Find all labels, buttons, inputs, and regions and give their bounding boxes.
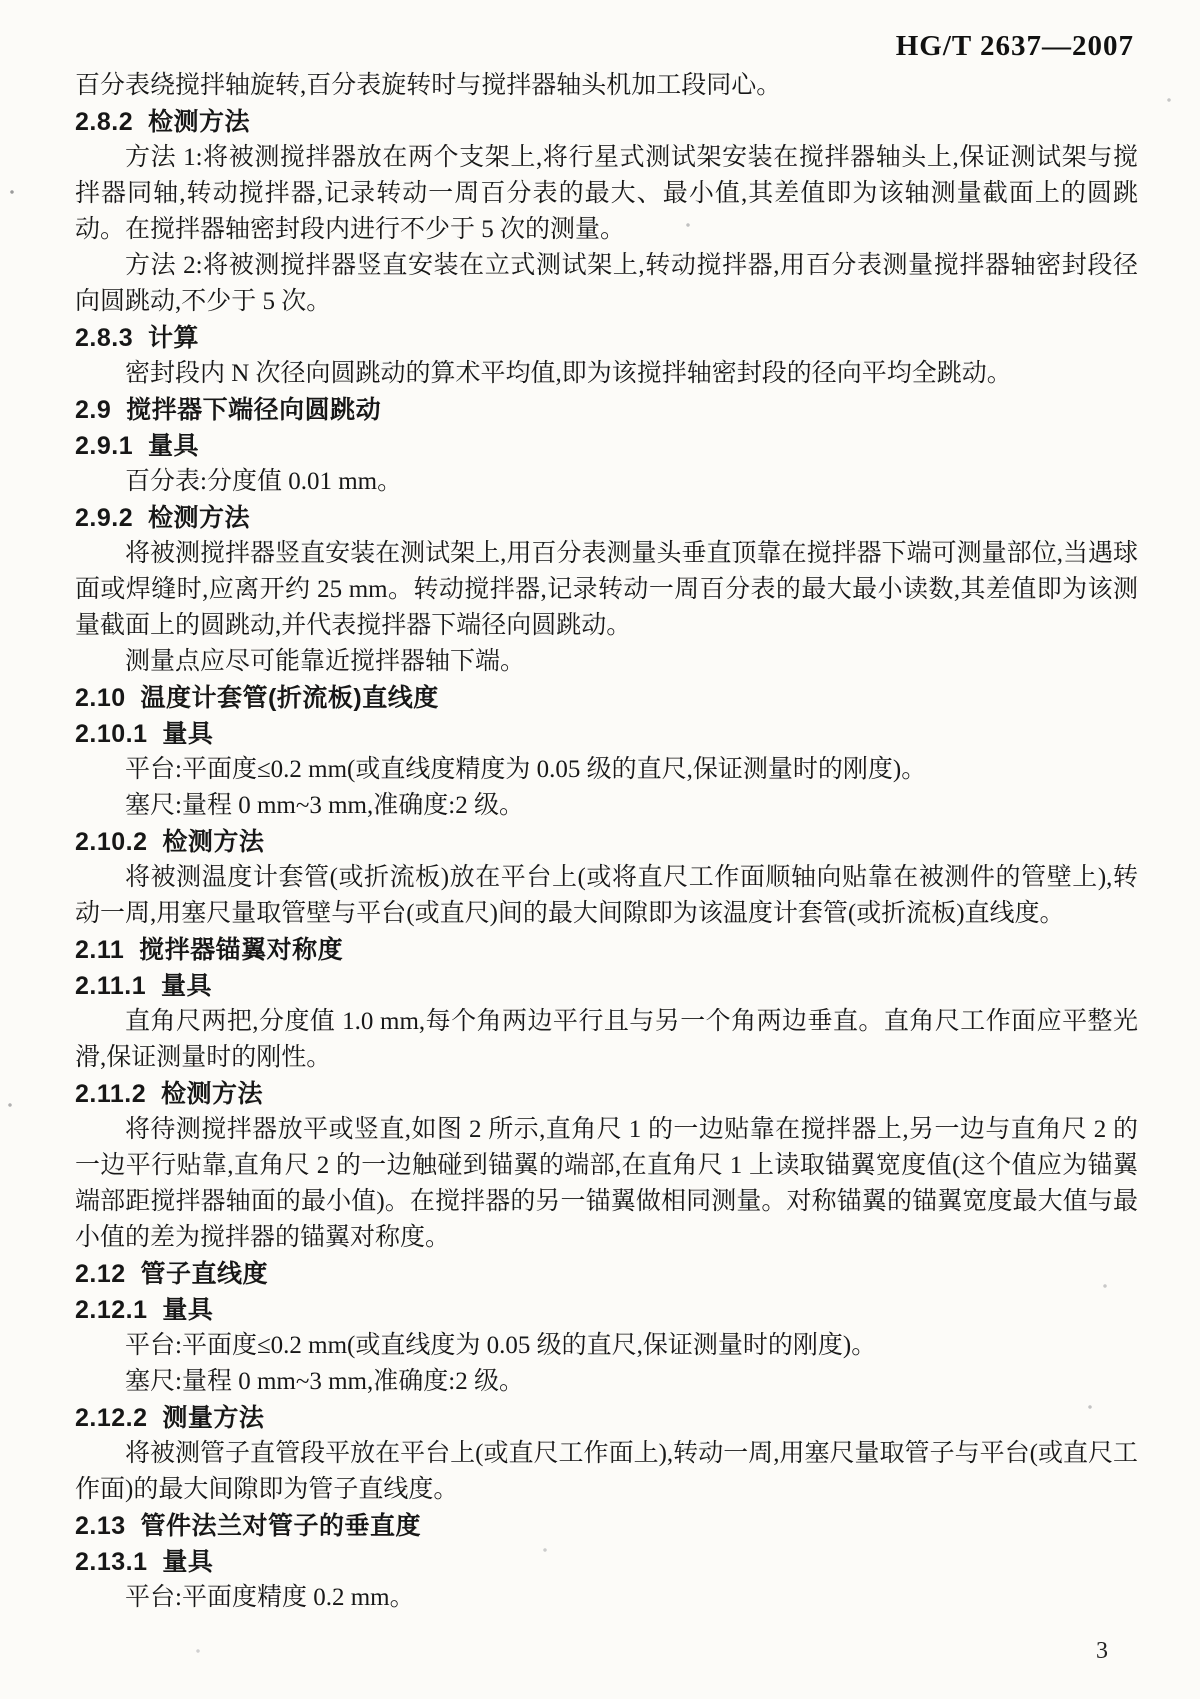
section-heading: 2.11.2 检测方法 bbox=[75, 1076, 1138, 1112]
section-heading: 2.9.1 量具 bbox=[75, 428, 1138, 464]
body-paragraph: 方法 2:将被测搅拌器竖直安装在立式测试架上,转动搅拌器,用百分表测量搅拌器轴密… bbox=[75, 248, 1138, 320]
section-heading: 2.10 温度计套管(折流板)直线度 bbox=[75, 680, 1138, 716]
section-heading: 2.12 管子直线度 bbox=[75, 1256, 1138, 1292]
section-heading: 2.10.1 量具 bbox=[75, 716, 1138, 752]
body-paragraph: 平台:平面度≤0.2 mm(或直线度为 0.05 级的直尺,保证测量时的刚度)。 bbox=[75, 1328, 1138, 1364]
section-heading: 2.12.1 量具 bbox=[75, 1292, 1138, 1328]
body-paragraph: 塞尺:量程 0 mm~3 mm,准确度:2 级。 bbox=[75, 1364, 1138, 1400]
body-paragraph: 将被测搅拌器竖直安装在测试架上,用百分表测量头垂直顶靠在搅拌器下端可测量部位,当… bbox=[75, 536, 1138, 644]
section-heading: 2.9.2 检测方法 bbox=[75, 500, 1138, 536]
body-paragraph: 塞尺:量程 0 mm~3 mm,准确度:2 级。 bbox=[75, 788, 1138, 824]
body-paragraph: 平台:平面度精度 0.2 mm。 bbox=[75, 1580, 1138, 1616]
body-paragraph: 将被测管子直管段平放在平台上(或直尺工作面上),转动一周,用塞尺量取管子与平台(… bbox=[75, 1436, 1138, 1508]
section-heading: 2.11 搅拌器锚翼对称度 bbox=[75, 932, 1138, 968]
body-paragraph: 方法 1:将被测搅拌器放在两个支架上,将行星式测试架安装在搅拌器轴头上,保证测试… bbox=[75, 140, 1138, 248]
document-page: HG/T 2637—2007 百分表绕搅拌轴旋转,百分表旋转时与搅拌器轴头机加工… bbox=[0, 0, 1200, 1699]
body-paragraph: 百分表:分度值 0.01 mm。 bbox=[75, 464, 1138, 500]
standard-code-header: HG/T 2637—2007 bbox=[896, 30, 1134, 63]
section-heading: 2.10.2 检测方法 bbox=[75, 824, 1138, 860]
document-body: 百分表绕搅拌轴旋转,百分表旋转时与搅拌器轴头机加工段同心。2.8.2 检测方法方… bbox=[75, 68, 1138, 1616]
body-paragraph: 直角尺两把,分度值 1.0 mm,每个角两边平行且与另一个角两边垂直。直角尺工作… bbox=[75, 1004, 1138, 1076]
body-paragraph: 平台:平面度≤0.2 mm(或直线度精度为 0.05 级的直尺,保证测量时的刚度… bbox=[75, 752, 1138, 788]
body-paragraph: 将被测温度计套管(或折流板)放在平台上(或将直尺工作面顺轴向贴靠在被测件的管壁上… bbox=[75, 860, 1138, 932]
body-paragraph: 测量点应尽可能靠近搅拌器轴下端。 bbox=[75, 644, 1138, 680]
section-heading: 2.13.1 量具 bbox=[75, 1544, 1138, 1580]
section-heading: 2.12.2 测量方法 bbox=[75, 1400, 1138, 1436]
section-heading: 2.8.2 检测方法 bbox=[75, 104, 1138, 140]
body-paragraph: 百分表绕搅拌轴旋转,百分表旋转时与搅拌器轴头机加工段同心。 bbox=[75, 68, 1138, 104]
section-heading: 2.9 搅拌器下端径向圆跳动 bbox=[75, 392, 1138, 428]
body-paragraph: 密封段内 N 次径向圆跳动的算术平均值,即为该搅拌轴密封段的径向平均全跳动。 bbox=[75, 356, 1138, 392]
body-paragraph: 将待测搅拌器放平或竖直,如图 2 所示,直角尺 1 的一边贴靠在搅拌器上,另一边… bbox=[75, 1112, 1138, 1256]
section-heading: 2.13 管件法兰对管子的垂直度 bbox=[75, 1508, 1138, 1544]
page-number: 3 bbox=[1096, 1638, 1108, 1665]
section-heading: 2.11.1 量具 bbox=[75, 968, 1138, 1004]
section-heading: 2.8.3 计算 bbox=[75, 320, 1138, 356]
